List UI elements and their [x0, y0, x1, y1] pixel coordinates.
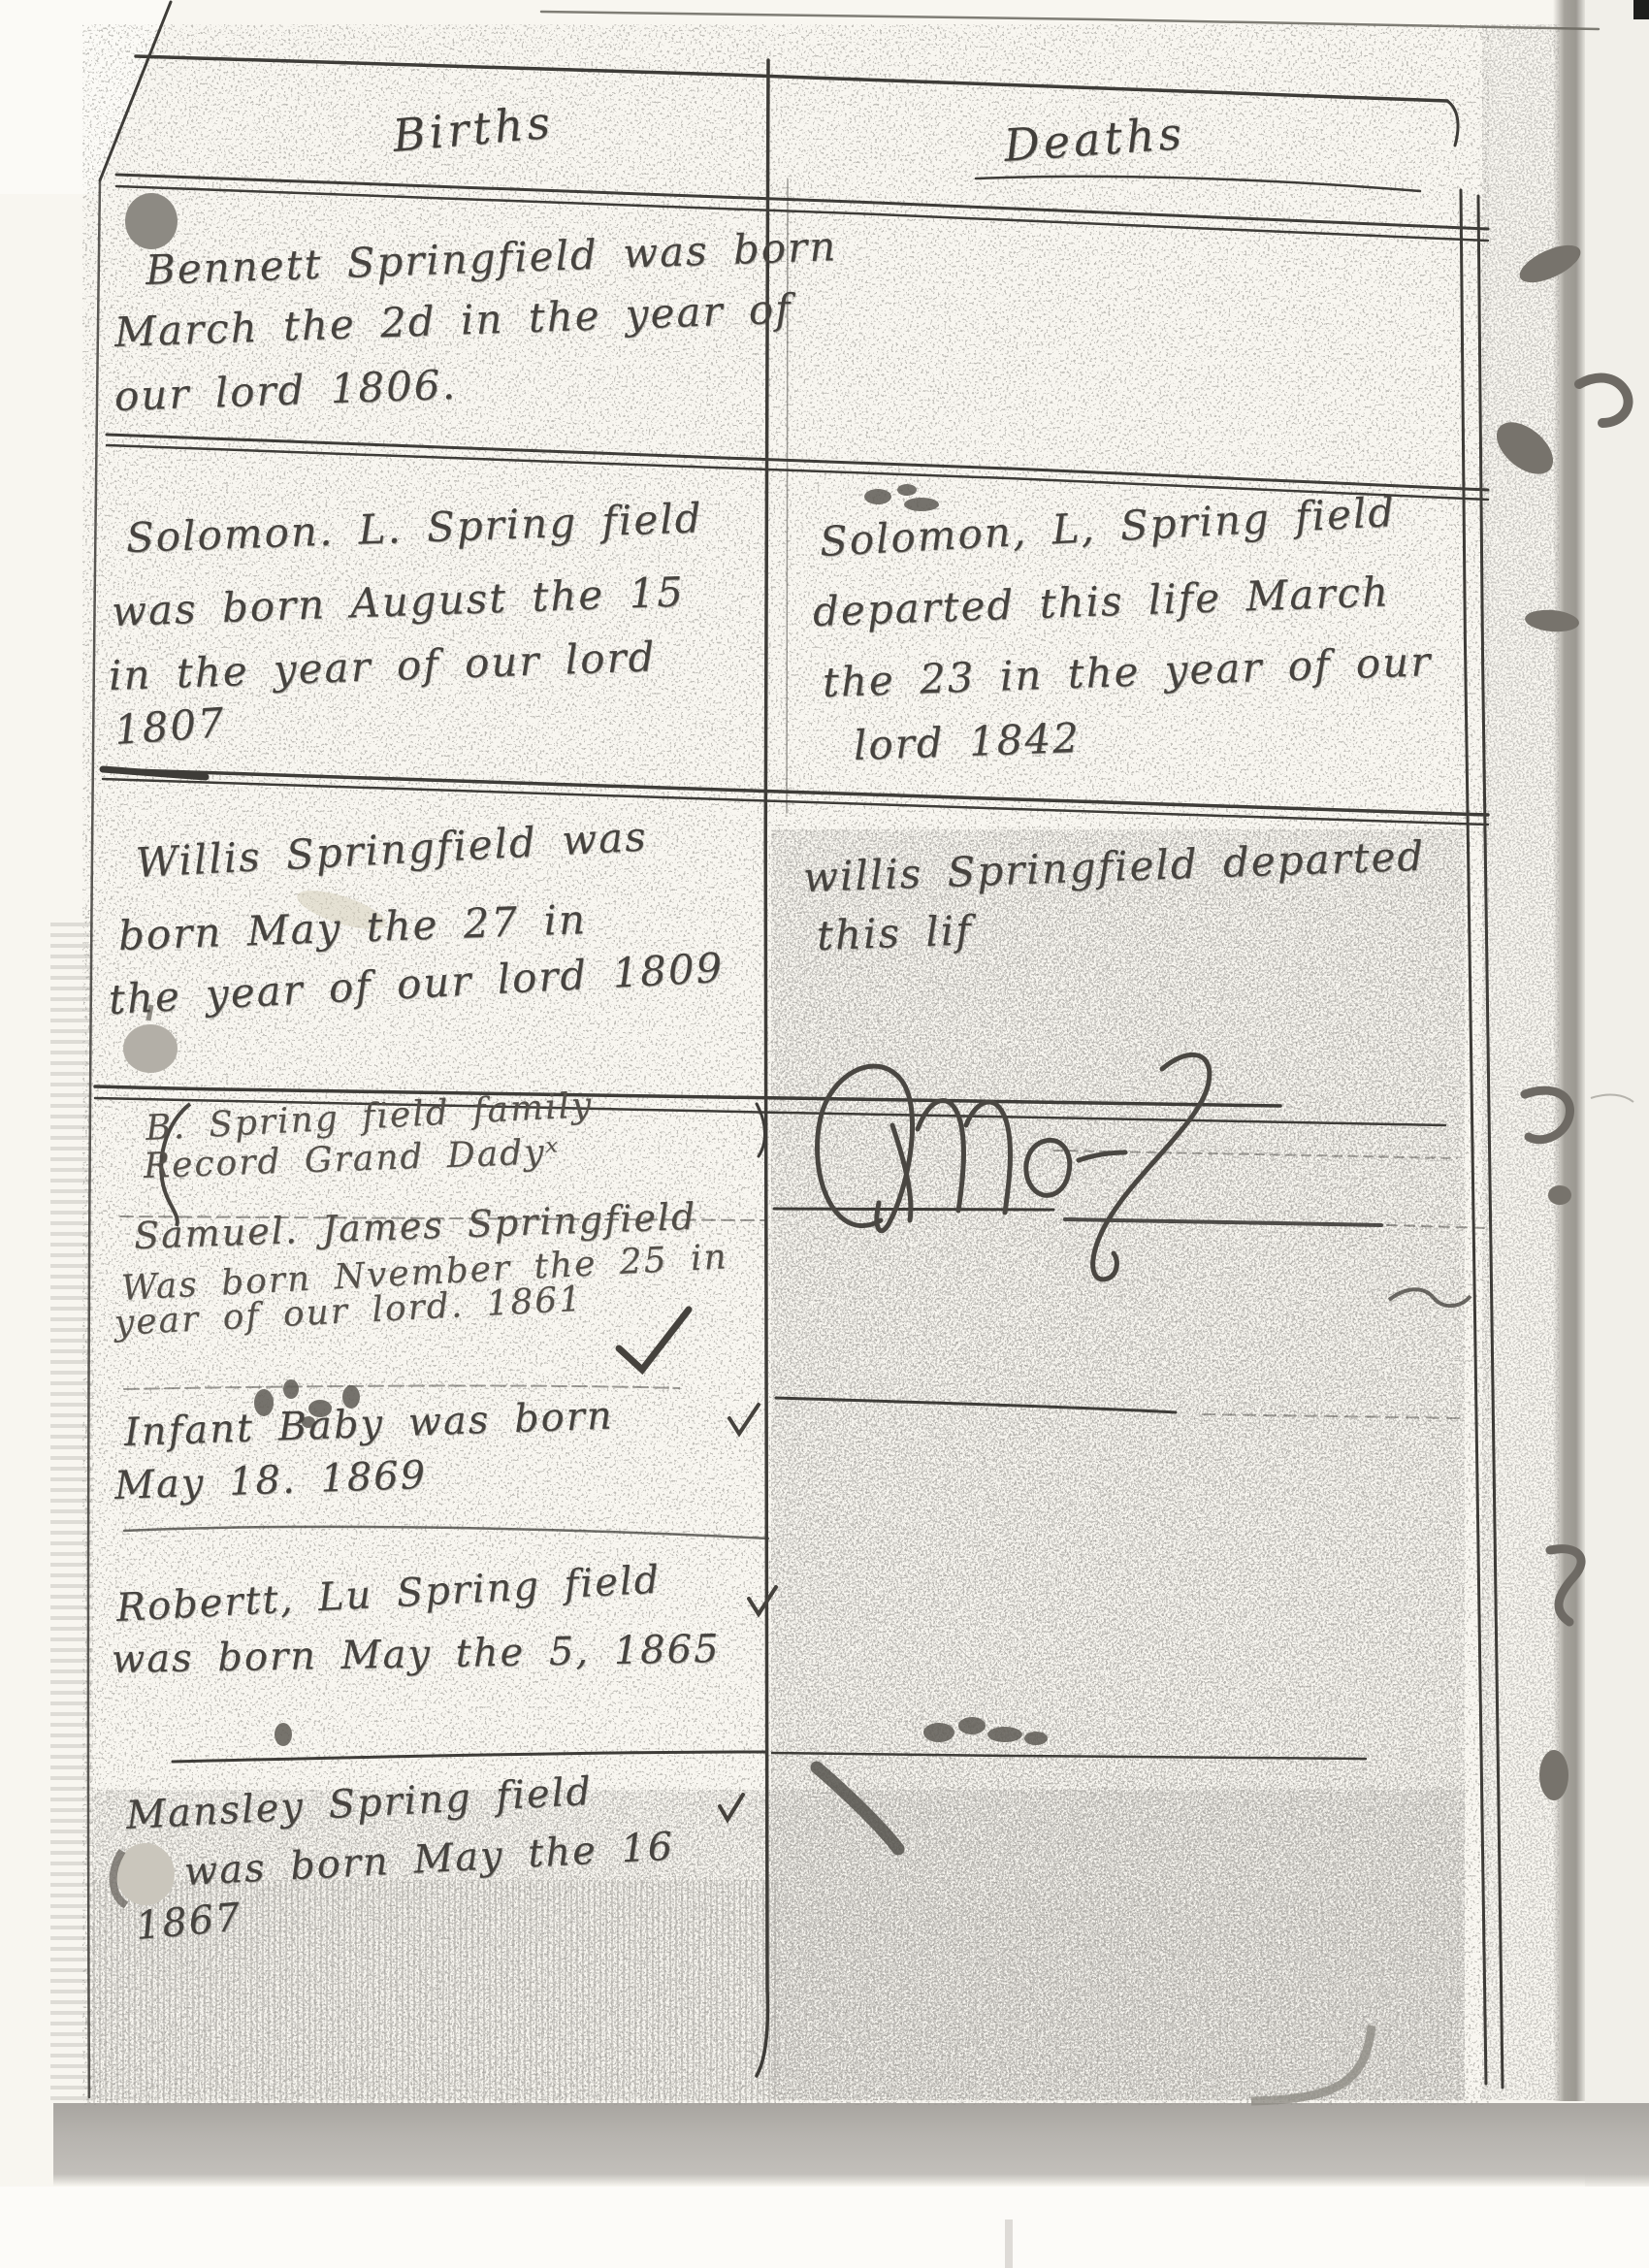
- entry-mansley-line1: Mansley Spring field: [125, 1769, 594, 1838]
- entry-solomon-death-line3: the 23 in the year of our: [822, 637, 1433, 706]
- entry-infant-line1: Infant Baby was born: [123, 1393, 614, 1455]
- hole-punch-top: [125, 193, 178, 249]
- bottom-striation-texture-light: [778, 1892, 1463, 2103]
- entry-willis-death-line1: willis Springfield departed: [802, 832, 1426, 901]
- entry-bennett-line2: March the 2d in the year of: [113, 285, 792, 356]
- deaths-underline: [976, 177, 1420, 191]
- column-divider: [757, 60, 768, 2076]
- entry-robert-line2: was born May the 5, 1865: [112, 1627, 721, 1682]
- entry-solomon-birth-line2: was born August the 15: [111, 567, 686, 635]
- edge-grain: [1482, 24, 1560, 2100]
- deaths-column-header: Deaths: [1002, 107, 1187, 172]
- entry-willis-birth-line2: born May the 27 in: [117, 895, 588, 959]
- ink-flourish-scribble: [818, 1054, 1210, 1280]
- entry-infant-line2: May 18. 1869: [113, 1453, 428, 1508]
- checkmark-icon: [619, 1310, 689, 1370]
- entry-solomon-birth-line3: in the year of our lord: [108, 632, 657, 699]
- entry-bennett-line3: our lord 1806.: [113, 361, 458, 420]
- squiggle-mark: [1389, 1289, 1471, 1306]
- paper-top-edge: [541, 12, 1599, 29]
- checkmark-icon: [749, 1587, 776, 1614]
- entry-willis-death-line2: this lif: [816, 906, 973, 959]
- entry-robert-line1: Robertt, Lu Spring field: [115, 1558, 663, 1631]
- entry-solomon-death-line1: Solomon, L, Spring field: [819, 488, 1398, 566]
- scanned-ledger-page: Births Deaths Bennett Springfield was bo…: [0, 0, 1649, 2268]
- births-column-header: Births: [391, 96, 556, 162]
- entry-solomon-birth-line1: Solomon. L. Spring field: [125, 494, 703, 562]
- hole-punch-middle: [123, 1024, 178, 1073]
- entry-solomon-birth-line4: 1807: [113, 698, 227, 754]
- checkmark-icon: [729, 1405, 759, 1434]
- right-page-border: [1461, 190, 1486, 2084]
- samuel-underline: [124, 1386, 679, 1390]
- entry-solomon-death-line4: lord 1842: [853, 714, 1081, 769]
- ink-slash: [817, 1767, 898, 1849]
- robert-underline: [173, 1752, 766, 1762]
- entry-bennett-line1: Bennett Springfield was born: [145, 222, 838, 294]
- entry-willis-birth-line1: Willis Springfield was: [135, 812, 649, 887]
- top-left-corner-cut: [0, 0, 194, 194]
- page-edge-shadow-band: [1553, 0, 1586, 2101]
- infant-underline: [124, 1527, 768, 1539]
- scanner-background-right: [1585, 0, 1649, 2202]
- entry-mansley-line3: 1867: [134, 1895, 243, 1949]
- scanner-background-bottom: [0, 2187, 1649, 2268]
- entry-solomon-death-line2: departed this life March: [812, 567, 1391, 635]
- page-bottom-edge-band: [53, 2103, 1649, 2187]
- table-top-rule-hook: [1447, 101, 1458, 146]
- table-top-rule: [136, 56, 1447, 101]
- checkmark-icon: [720, 1795, 743, 1820]
